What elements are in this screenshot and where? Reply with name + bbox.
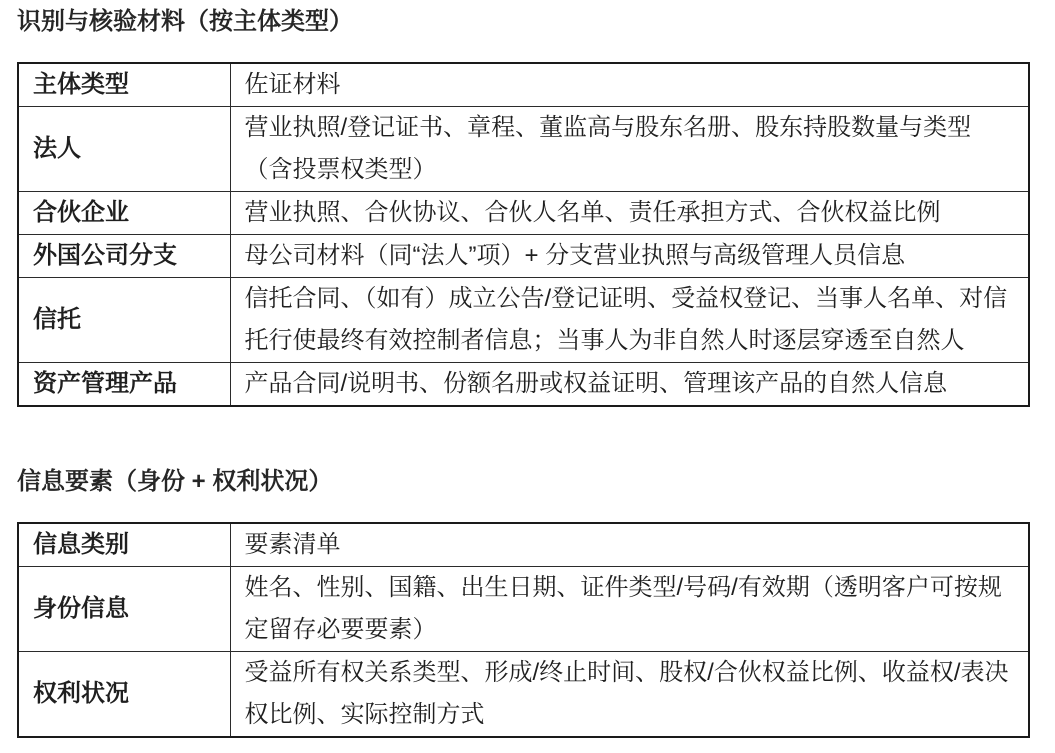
row-value-cell: 营业执照、合伙协议、合伙人名单、责任承担方式、合伙权益比例 [230,192,1029,235]
row-value-cell: 母公司材料（同“法人”项）+ 分支营业执照与高级管理人员信息 [230,235,1029,278]
table-row: 权利状况受益所有权关系类型、形成/终止时间、股权/合伙权益比例、收益权/表决权比… [18,652,1029,738]
document-page: 识别与核验材料（按主体类型）主体类型佐证材料法人营业执照/登记证书、章程、董监高… [0,0,1055,753]
table-header-row: 信息类别要素清单 [18,523,1029,567]
row-key-cell: 权利状况 [18,652,230,738]
row-key-cell: 合伙企业 [18,192,230,235]
row-key-cell: 信托 [18,278,230,363]
table-row: 外国公司分支母公司材料（同“法人”项）+ 分支营业执照与高级管理人员信息 [18,235,1029,278]
header-value-cell: 佐证材料 [230,63,1029,107]
header-value-cell: 要素清单 [230,523,1029,567]
section-1: 识别与核验材料（按主体类型）主体类型佐证材料法人营业执照/登记证书、章程、董监高… [17,9,1037,407]
row-value-cell: 姓名、性别、国籍、出生日期、证件类型/号码/有效期（透明客户可按规定留存必要要素… [230,567,1029,652]
row-key-cell: 法人 [18,107,230,192]
table-header-row: 主体类型佐证材料 [18,63,1029,107]
table-row: 合伙企业营业执照、合伙协议、合伙人名单、责任承担方式、合伙权益比例 [18,192,1029,235]
data-table: 主体类型佐证材料法人营业执照/登记证书、章程、董监高与股东名册、股东持股数量与类… [17,62,1030,407]
row-key-cell: 资产管理产品 [18,363,230,407]
row-key-cell: 身份信息 [18,567,230,652]
section-2: 信息要素（身份 + 权利状况）信息类别要素清单身份信息姓名、性别、国籍、出生日期… [17,469,1037,738]
table-row: 法人营业执照/登记证书、章程、董监高与股东名册、股东持股数量与类型（含投票权类型… [18,107,1029,192]
section-title: 信息要素（身份 + 权利状况） [17,469,1037,494]
row-value-cell: 受益所有权关系类型、形成/终止时间、股权/合伙权益比例、收益权/表决权比例、实际… [230,652,1029,738]
header-key-cell: 信息类别 [18,523,230,567]
table-row: 信托信托合同、（如有）成立公告/登记证明、受益权登记、当事人名单、对信托行使最终… [18,278,1029,363]
table-row: 身份信息姓名、性别、国籍、出生日期、证件类型/号码/有效期（透明客户可按规定留存… [18,567,1029,652]
row-value-cell: 营业执照/登记证书、章程、董监高与股东名册、股东持股数量与类型（含投票权类型） [230,107,1029,192]
document-sections: 识别与核验材料（按主体类型）主体类型佐证材料法人营业执照/登记证书、章程、董监高… [17,9,1037,738]
data-table: 信息类别要素清单身份信息姓名、性别、国籍、出生日期、证件类型/号码/有效期（透明… [17,522,1030,738]
table-row: 资产管理产品产品合同/说明书、份额名册或权益证明、管理该产品的自然人信息 [18,363,1029,407]
header-key-cell: 主体类型 [18,63,230,107]
row-value-cell: 信托合同、（如有）成立公告/登记证明、受益权登记、当事人名单、对信托行使最终有效… [230,278,1029,363]
row-key-cell: 外国公司分支 [18,235,230,278]
section-title: 识别与核验材料（按主体类型） [17,9,1037,34]
row-value-cell: 产品合同/说明书、份额名册或权益证明、管理该产品的自然人信息 [230,363,1029,407]
